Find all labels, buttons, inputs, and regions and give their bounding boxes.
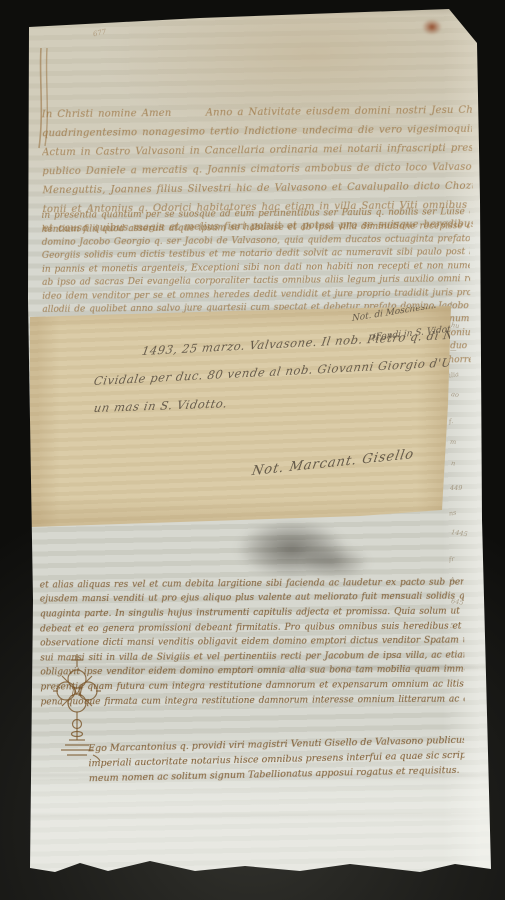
note-regest-line: Cividale per duc. 80 vende al nob. Giova… xyxy=(93,353,502,388)
edge-jotting: A xyxy=(450,576,480,599)
edge-jotting: fr xyxy=(448,551,482,579)
archivist-note-slip: Not. di Moschesini (Fondi in S. Vidotto)… xyxy=(30,304,456,530)
edge-jotting: n xyxy=(449,459,482,486)
edge-jotting: — xyxy=(450,346,480,369)
edge-jotting: f. xyxy=(448,413,482,441)
archival-corner-mark: 677 xyxy=(92,28,107,39)
edge-jotting: t xyxy=(450,300,480,323)
edge-jotting: 5 xyxy=(450,622,480,645)
dark-smudge-stain xyxy=(300,545,370,579)
edge-jotting: m xyxy=(450,438,480,461)
parchment-sheet: 677 In Christi nomine Amen Anno a Nativi… xyxy=(0,0,505,900)
notary-eschatocol-block: Ego Marcantonius q. providi viri magistr… xyxy=(87,690,465,787)
edge-jotting: hu xyxy=(449,321,482,348)
ink-stain xyxy=(422,19,442,35)
edge-jotting: 449 xyxy=(450,484,480,507)
notary-signum-icon: M xyxy=(44,652,110,772)
edge-jotting: 645 xyxy=(449,597,482,624)
notary-signature: Not. Marcant. Gisello xyxy=(251,447,416,479)
note-regest-line: un mas in S. Vidotto. xyxy=(93,396,229,415)
photo-background: 677 In Christi nomine Amen Anno a Nativi… xyxy=(0,0,505,900)
edge-jottings-column: thu—iliaaof.mn449ns1445frA6455 xyxy=(450,300,480,652)
svg-text:M: M xyxy=(70,685,84,699)
